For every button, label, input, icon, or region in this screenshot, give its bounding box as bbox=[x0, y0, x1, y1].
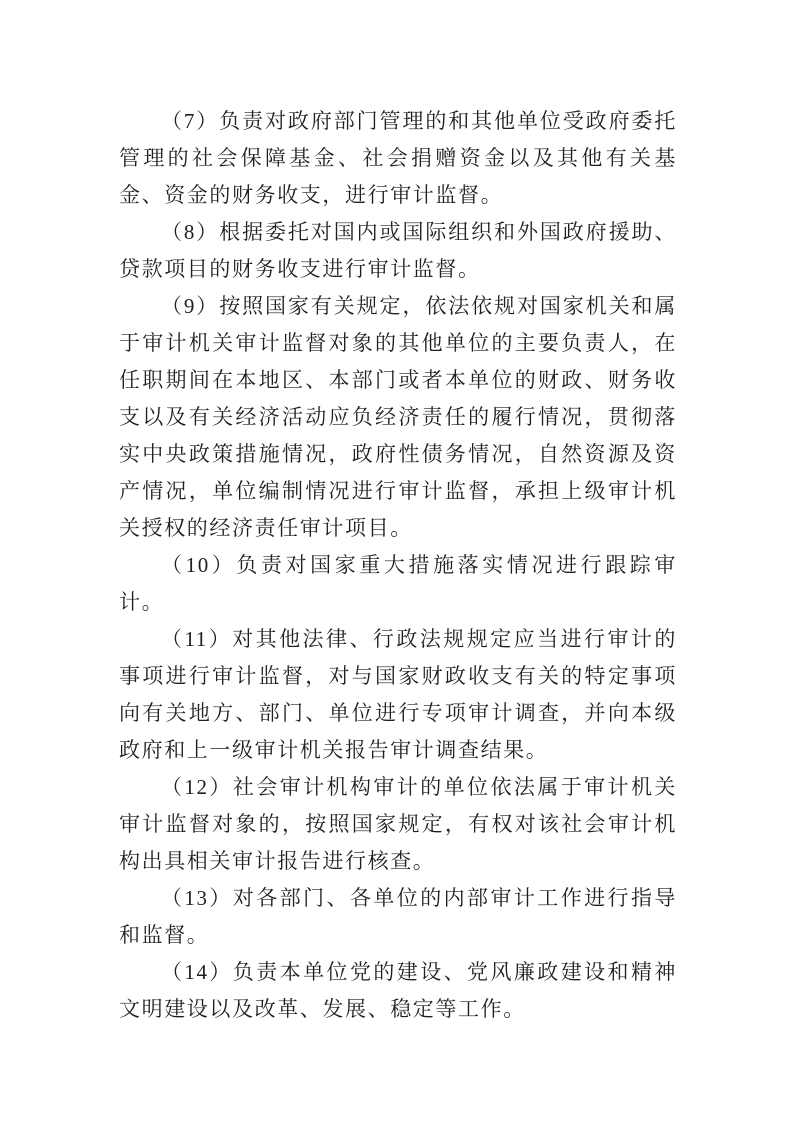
paragraph-11: （11）对其他法律、行政法规规定应当进行审计的事项进行审计监督，对与国家财政收支… bbox=[119, 621, 677, 769]
paragraph-14: （14）负责本单位党的建设、党风廉政建设和精神文明建设以及改革、发展、稳定等工作… bbox=[119, 954, 677, 1028]
paragraph-13: （13）对各部门、各单位的内部审计工作进行指导和监督。 bbox=[119, 880, 677, 954]
paragraph-7: （7）负责对政府部门管理的和其他单位受政府委托管理的社会保障基金、社会捐赠资金以… bbox=[119, 103, 677, 214]
paragraph-10: （10）负责对国家重大措施落实情况进行跟踪审计。 bbox=[119, 547, 677, 621]
paragraph-9: （9）按照国家有关规定，依法依规对国家机关和属于审计机关审计监督对象的其他单位的… bbox=[119, 288, 677, 547]
document-page: （7）负责对政府部门管理的和其他单位受政府委托管理的社会保障基金、社会捐赠资金以… bbox=[0, 0, 793, 1122]
document-body: （7）负责对政府部门管理的和其他单位受政府委托管理的社会保障基金、社会捐赠资金以… bbox=[119, 103, 677, 1028]
paragraph-8: （8）根据委托对国内或国际组织和外国政府援助、贷款项目的财务收支进行审计监督。 bbox=[119, 214, 677, 288]
paragraph-12: （12）社会审计机构审计的单位依法属于审计机关审计监督对象的，按照国家规定，有权… bbox=[119, 769, 677, 880]
